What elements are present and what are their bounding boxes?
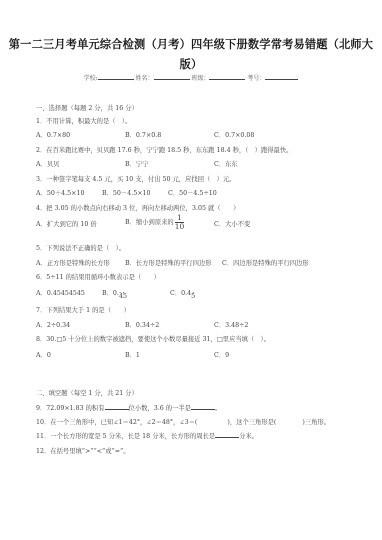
q4-stem: 4．把 3.05 的小数点向右移动 3 位，再向左移动两位，3.05 就（ ） bbox=[36, 203, 239, 212]
q8-option-a[interactable]: A．0 bbox=[36, 350, 51, 359]
q7-stem: 7．下列结果大于 1 的是（ ） bbox=[36, 305, 130, 314]
section1-heading: 一、选择题（每题 2 分，共 16 分） bbox=[36, 103, 138, 112]
section2-heading: 二、填空题（每空 1 分，共 21 分） bbox=[36, 388, 138, 397]
q7-option-a[interactable]: A．2÷0.34 bbox=[36, 320, 70, 329]
q8-option-b[interactable]: B．1 bbox=[125, 350, 140, 359]
q7-option-b[interactable]: B．0.34÷2 bbox=[125, 320, 159, 329]
q9-blank-1[interactable] bbox=[105, 403, 129, 410]
q1-option-c[interactable]: C．0.7×0.08 bbox=[214, 130, 254, 139]
q10-line: 10．在一个三角形中，已知∠1＝42°，∠2＝48°，∠3＝()，这个三角形是(… bbox=[36, 417, 330, 426]
repeating-decimal-45: ··45 bbox=[119, 293, 127, 300]
student-info-row: 学校: 姓名： 班级： 考号： bbox=[0, 73, 382, 82]
name-label: 姓名： bbox=[136, 75, 154, 82]
q9-blank-2[interactable] bbox=[191, 403, 215, 410]
q2-option-c[interactable]: C．东东 bbox=[214, 159, 238, 168]
q7-option-c[interactable]: C．3.48÷2 bbox=[214, 320, 248, 329]
q4-option-c[interactable]: C．大小不变 bbox=[214, 219, 250, 228]
q6-option-b-text: B．0. bbox=[102, 290, 119, 297]
q11-blank[interactable] bbox=[215, 431, 239, 438]
q8-stem: 8．30.□5 十分位上的数字被遮挡，要使这个小数尽量接近 31，□里应当填（ … bbox=[36, 334, 270, 343]
q3-stem: 3．一种签字笔每支 4.5 元，买 10 支，付出 50 元，应找回（ ）元。 bbox=[36, 174, 235, 183]
q3-option-c[interactable]: C．50－4.5÷10 bbox=[168, 188, 217, 197]
q6-option-c[interactable]: C．0.4·5 bbox=[170, 288, 195, 300]
q1-option-a[interactable]: A．0.7×80 bbox=[36, 130, 70, 139]
repeating-decimal-5: ·5 bbox=[191, 293, 195, 300]
q5-option-a[interactable]: A．正方形是特殊的长方形 bbox=[36, 258, 110, 267]
q1-option-b[interactable]: B．0.7×0.8 bbox=[125, 130, 161, 139]
name-field[interactable] bbox=[154, 73, 190, 80]
q6-stem: 6．5÷11 的结果用循环小数表示是（ ） bbox=[36, 272, 160, 281]
class-label: 班级： bbox=[191, 75, 209, 82]
q6-option-b[interactable]: B．0.··45 bbox=[102, 288, 127, 300]
q11-line: 11．一个长方形的宽是 5 分米，长是 18 分米，长方形的周长是分米。 bbox=[36, 431, 258, 440]
q4-option-a[interactable]: A．扩大到它的 10 倍 bbox=[36, 219, 97, 228]
q4-option-b[interactable]: B．缩小到原来的110 bbox=[125, 214, 184, 231]
q5-stem: 5．下列说法不正确的是（ ）。 bbox=[36, 243, 125, 252]
exam-no-label: 考号： bbox=[247, 75, 265, 82]
q2-option-b[interactable]: B．宁宁 bbox=[125, 159, 149, 168]
q5-option-b[interactable]: B．长方形是特殊的平行四边形 bbox=[125, 258, 212, 267]
q4-option-b-text: B．缩小到原来的 bbox=[125, 219, 174, 226]
page-title-line1: 第一二三月考单元综合检测（月考）四年级下册数学常考易错题（北师大 bbox=[0, 36, 382, 52]
q1-stem: 1．不用计算，积最大的是（ ）。 bbox=[36, 116, 131, 125]
q2-stem: 2．在百米跑比赛中，贝贝跑 17.6 秒，宁宁跑 18.5 秒，东东跑 18.4… bbox=[36, 145, 292, 154]
q3-option-a[interactable]: A．50＋4.5×10 bbox=[36, 188, 84, 197]
page-title-line2: 版） bbox=[0, 56, 382, 72]
q2-option-a[interactable]: A．贝贝 bbox=[36, 159, 59, 168]
q6-option-c-text: C．0.4 bbox=[170, 290, 191, 297]
class-field[interactable] bbox=[209, 73, 245, 80]
fraction-one-tenth: 110 bbox=[175, 214, 185, 231]
q5-option-c[interactable]: C．四边形是特殊的平行四边形 bbox=[222, 258, 309, 267]
school-field[interactable] bbox=[98, 73, 134, 80]
q6-option-a[interactable]: A．0.45454545 bbox=[36, 288, 85, 297]
q3-option-b[interactable]: B．50－4.5×10 bbox=[102, 188, 151, 197]
q12-line: 12．在括号里填“>”“<”或“=”。 bbox=[36, 446, 130, 455]
exam-no-field[interactable] bbox=[265, 73, 298, 80]
q8-option-c[interactable]: C．9 bbox=[214, 350, 229, 359]
school-label: 学校: bbox=[84, 75, 98, 82]
q9-line: 9．72.09×1.83 的积有位小数，3.6 的一半是。 bbox=[36, 403, 221, 412]
